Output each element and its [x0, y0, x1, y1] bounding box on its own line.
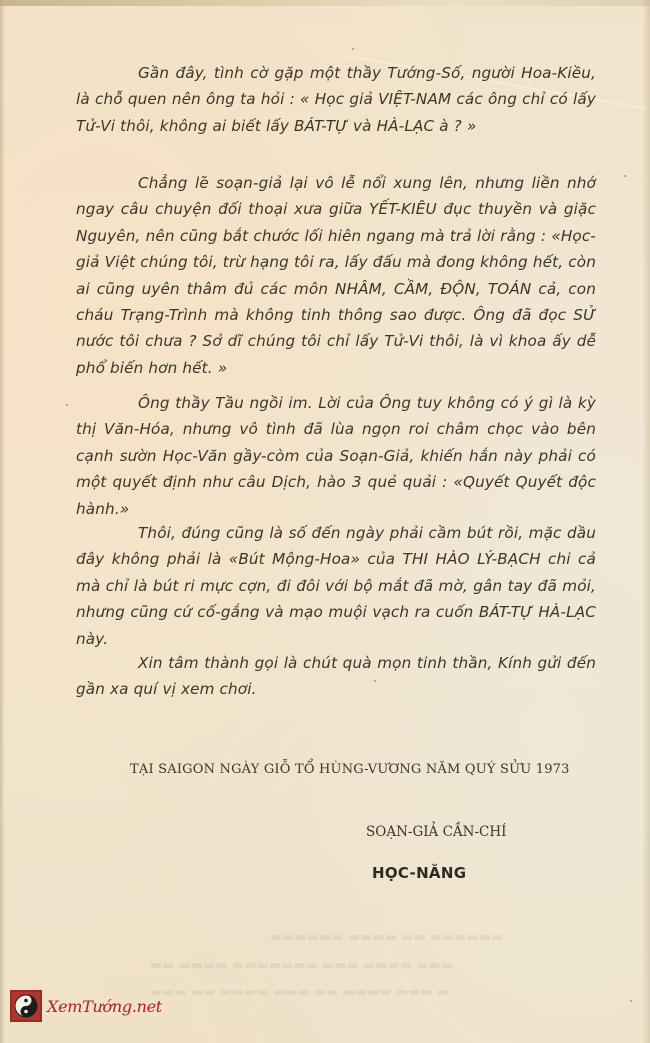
bleed-through: ▬▬ ▬▬▬▬ ▬▬▬▬▬▬▬ ▬▬▬ ▬▬▬▬ ▬▬▬ — [150, 958, 453, 973]
author-title: SOẠN-GIẢ CẦN-CHÍ — [366, 824, 506, 840]
paragraph: Ông thầy Tầu ngồi im. Lời của Ông tuy kh… — [76, 390, 596, 522]
paper-speck — [352, 48, 354, 50]
paragraph: Gần đây, tình cờ gặp một thầy Tướng-Số, … — [76, 60, 596, 139]
site-watermark: XemTướng.net — [10, 990, 162, 1022]
yin-yang-icon — [10, 990, 42, 1022]
page-right-edge — [642, 0, 650, 1043]
paper-speck — [66, 404, 68, 406]
paragraph: Xin tâm thành gọi là chút quà mọn tinh t… — [76, 650, 596, 703]
bleed-through: ▬▬▬ ▬▬ ▬▬▬▬ ▬▬▬ ▬▬ ▬▬▬▬ ▬▬▬ ▬ — [150, 985, 449, 1000]
dateline: TẠI SAIGON NGÀY GIỖ TỔ HÙNG-VƯƠNG NĂM QU… — [130, 762, 570, 777]
paper-speck — [630, 1000, 632, 1002]
paragraph: Thôi, đúng cũng là số đến ngày phải cầm … — [76, 520, 596, 652]
author-name: HỌC-NĂNG — [372, 864, 466, 882]
paper-speck — [624, 175, 626, 177]
watermark-text: XemTướng.net — [47, 997, 162, 1016]
page-top-edge — [0, 0, 650, 6]
paragraph: Chẳng lẽ soạn-giả lại vô lễ nổi xung lên… — [76, 170, 596, 381]
page-left-edge — [0, 0, 5, 1043]
bleed-through: ▬▬▬▬▬▬ ▬▬▬▬ ▬▬ ▬▬▬▬▬▬ — [270, 930, 504, 945]
